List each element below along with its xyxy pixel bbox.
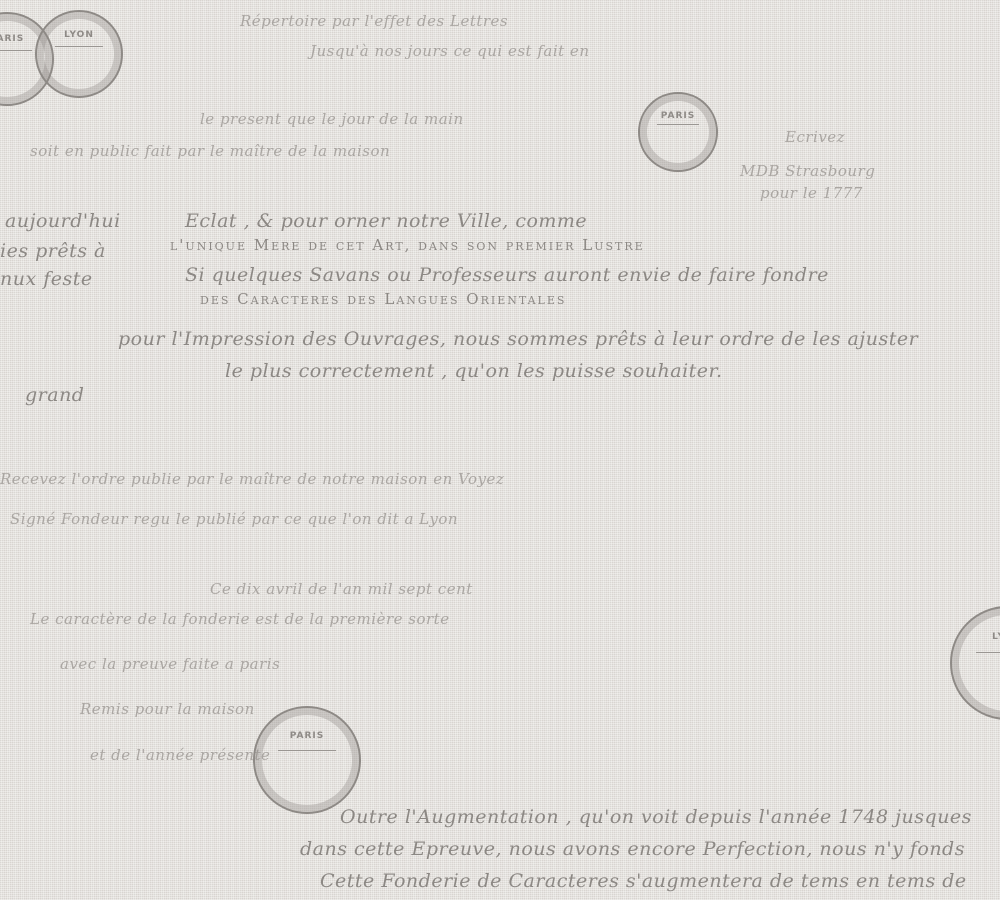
handwriting-line: Le caractère de la fonderie est de la pr… [30,610,450,628]
handwriting-line: Recevez l'ordre publie par le maître de … [0,470,504,488]
postmark-inner-ring [0,50,32,51]
handwriting-line: Remis pour la maison [80,700,255,718]
script-text-fragment: aujourd'hui [5,210,121,232]
postmark-inner-ring [976,652,1000,653]
script-text-line: Outre l'Augmentation , qu'on voit depuis… [340,806,972,828]
postmark-inner-ring [55,46,102,47]
handwriting-line: MDB Strasbourg [740,162,875,180]
postmark-inner-ring [657,124,700,125]
handwriting-line: et de l'année présente [90,746,270,764]
postmark-label: PARIS [255,731,359,741]
handwriting-line: avec la preuve faite a paris [60,655,280,673]
script-text-fragment: ies prêts à [0,240,106,262]
handwriting-line: Ce dix avril de l'an mil sept cent [210,580,473,598]
script-text-line: le plus correctement , qu'on les puisse … [225,360,723,382]
postmark-stamp-icon: PARIS [638,92,718,172]
handwriting-line: Jusqu'à nos jours ce qui est fait en [310,42,589,60]
postmark-stamp-icon: PARIS [253,706,361,814]
handwriting-line: pour le 1777 [760,184,863,202]
handwriting-line: le present que le jour de la main [200,110,464,128]
script-text-line: dans cette Epreuve, nous avons encore Pe… [300,838,965,860]
script-text-line: Si quelques Savans ou Professeurs auront… [185,264,829,286]
handwriting-line: soit en public fait par le maître de la … [30,142,390,160]
script-text-fragment: nux feste [0,268,93,290]
handwriting-line: Ecrivez [785,128,845,146]
script-text-line: l'unique Mere de cet Art, dans son premi… [170,236,645,254]
script-text-line: Eclat , & pour orner notre Ville, comme [185,210,587,232]
postmark-label: LYON [37,30,121,40]
script-text-line: pour l'Impression des Ouvrages, nous som… [118,328,918,350]
postmark-label: LYON [952,632,1000,642]
postmark-stamp-icon: LYON [35,10,123,98]
script-text-line: des Caracteres des Langues Orientales [200,290,566,308]
script-text-fragment: grand [25,384,84,406]
postmark-inner-ring [278,750,336,751]
postmark-stamp-icon: LYON [950,606,1000,720]
handwriting-line: Répertoire par l'effet des Lettres [240,12,508,30]
postmark-label: PARIS [640,111,716,121]
handwriting-line: Signé Fondeur regu le publié par ce que … [10,510,458,528]
script-text-line: Cette Fonderie de Caracteres s'augmenter… [320,870,967,892]
